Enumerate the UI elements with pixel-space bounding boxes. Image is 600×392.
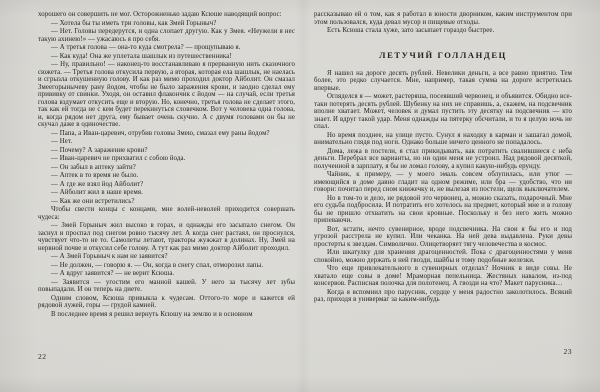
paragraph: Вот, кстати, нечто сувенирное, вроде под… bbox=[314, 226, 572, 249]
paragraph: — Нет. Головы передерутся, и одна слопае… bbox=[38, 28, 295, 43]
book-spread: хорошего он совершить не мог. Осторожнен… bbox=[0, 0, 600, 392]
right-page-text-column: Я нашел на дороге десять рублей. Невелик… bbox=[314, 70, 572, 304]
paragraph: — А Змей Горыныч к нам не заявится? bbox=[38, 253, 295, 261]
paragraph: Есть Ксюша стала хуже, зато засыпает гор… bbox=[314, 27, 572, 35]
paragraph: Но время позднее, на улице пусто. Сунул … bbox=[314, 132, 572, 147]
paragraph: — Почему? А заражение крови? bbox=[38, 147, 295, 155]
paragraph: Когда я вспомнил про парусник, сердце у … bbox=[314, 289, 572, 304]
paragraph: — Змей Горыныч жил высоко в горах, и одн… bbox=[38, 222, 295, 252]
paragraph: — Не должен, — говорю я. — Он, когда в с… bbox=[38, 262, 295, 270]
chapter-heading: ЛЕТУЧИЙ ГОЛЛАНДЕЦ bbox=[314, 51, 572, 60]
paragraph: Но в том-то и дело, не рядовой это черво… bbox=[314, 195, 572, 225]
paragraph: — Заявится — угостим его манной кашей. У… bbox=[38, 279, 295, 294]
paragraph: Или шкатулку для хранения драгоценностей… bbox=[314, 249, 572, 264]
paragraph: — А вдруг заявится? — не верит Ксюша. bbox=[38, 270, 295, 278]
paragraph: — Айболит жил в наше время. bbox=[38, 189, 295, 197]
left-page: хорошего он совершить не мог. Осторожнен… bbox=[38, 11, 295, 319]
paragraph: Я нашел на дороге десять рублей. Невелик… bbox=[314, 70, 572, 93]
paragraph: — Иван-царевич не прихватил с собою йода… bbox=[38, 155, 295, 163]
paragraph: — Нет. bbox=[38, 138, 295, 146]
paragraph: Чтобы свести концы с концами, мне волей-… bbox=[38, 206, 295, 221]
right-page: рассказываю ей о том, как я работал в юн… bbox=[314, 11, 572, 305]
paragraph: Одним словом, Ксюша привыкла к чудесам. … bbox=[38, 295, 295, 310]
paragraph: — Ну, правильно! — наконец-то восстанавл… bbox=[38, 61, 295, 129]
paragraph: Чайник, к примеру, — у моего эмаль совсе… bbox=[314, 171, 572, 194]
paragraph: — Папа, а Иван-царевич, отрубив головы З… bbox=[38, 130, 295, 138]
paragraph: — Как же они встретились? bbox=[38, 198, 295, 206]
paragraph: — Он забыл в аптеку зайти? bbox=[38, 164, 295, 172]
paragraph: — Хотела бы ты иметь три головы, как Зме… bbox=[38, 20, 295, 28]
paragraph: — Аптек в то время не было. bbox=[38, 172, 295, 180]
paragraph: Дома, лежа в постели, я стал прикидывать… bbox=[314, 148, 572, 171]
left-page-text-column: хорошего он совершить не мог. Осторожнен… bbox=[38, 11, 295, 318]
paragraph: — Как куда! Она же уплетала шашлык из пу… bbox=[38, 53, 295, 61]
paragraph: рассказываю ей о том, как я работал в юн… bbox=[314, 11, 572, 26]
paragraph: — А где же взял йод Айболит? bbox=[38, 181, 295, 189]
paragraph: Огляделся я — может, растеряша, посеявши… bbox=[314, 93, 572, 131]
gutter-shadow bbox=[296, 0, 310, 392]
paragraph: — А третья голова — она-то куда смотрела… bbox=[38, 44, 295, 52]
page-number-left: 22 bbox=[38, 352, 47, 361]
paragraph: В последнее время я решил вернуть Ксюшу … bbox=[38, 311, 295, 319]
paragraph: Что еще привлекательного в сувенирных от… bbox=[314, 265, 572, 288]
paragraph: хорошего он совершить не мог. Осторожнен… bbox=[38, 11, 295, 19]
right-page-continuation-text: рассказываю ей о том, как я работал в юн… bbox=[314, 11, 572, 35]
page-number-right: 23 bbox=[558, 347, 572, 356]
